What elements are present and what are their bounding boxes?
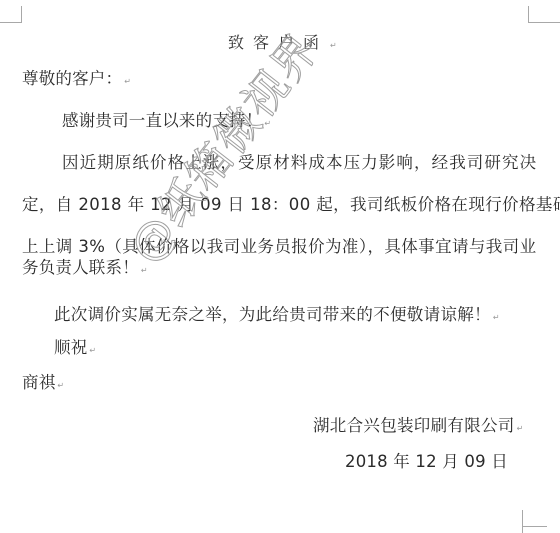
signature-company: 湖北合兴包装印刷有限公司↵ xyxy=(313,416,524,439)
paragraph-apology: 此次调价实属无奈之举，为此给贵司带来的不便敬请谅解！↵ xyxy=(54,305,500,328)
crop-mark-top-right xyxy=(528,6,560,23)
paragraph-body-line-4-text: 务负责人联系！ xyxy=(22,258,139,277)
salutation-text: 尊敬的客户： xyxy=(22,69,122,88)
paragraph-mark-icon: ↵ xyxy=(124,77,131,86)
closing-salutation: 商祺↵ xyxy=(22,373,64,396)
crop-mark-top-left xyxy=(0,6,22,23)
paragraph-mark-icon: ↵ xyxy=(517,424,524,433)
salutation: 尊敬的客户：↵ xyxy=(22,69,131,92)
document-title-text: 致客户函 xyxy=(228,33,328,52)
paragraph-body-line-1: 因近期原纸价格上涨，受原材料成本压力影响，经我司研究决 xyxy=(62,153,537,173)
paragraph-mark-icon: ↵ xyxy=(264,119,271,128)
paragraph-apology-text: 此次调价实属无奈之举，为此给贵司带来的不便敬请谅解！ xyxy=(54,305,491,324)
closing-regards-text: 顺祝 xyxy=(54,338,87,357)
paragraph-body-line-3: 上上调 3%（具体价格以我司业务员报价为准），具体事宜请与我司业 xyxy=(22,237,536,257)
watermark: @纸箱微视界 xyxy=(123,26,328,271)
letter-page: 致客户函↵ 尊敬的客户：↵ 感谢贵司一直以来的支持！↵ 因近期原纸价格上涨，受原… xyxy=(0,0,560,533)
document-title: 致客户函↵ xyxy=(228,33,346,56)
signature-company-text: 湖北合兴包装印刷有限公司 xyxy=(313,416,515,435)
closing-regards: 顺祝↵ xyxy=(54,338,96,361)
paragraph-body-line-4: 务负责人联系！↵ xyxy=(22,258,148,281)
paragraph-mark-icon: ↵ xyxy=(493,313,500,322)
paragraph-mark-icon: ↵ xyxy=(57,381,64,390)
paragraph-thanks: 感谢贵司一直以来的支持！↵ xyxy=(62,111,271,134)
paragraph-mark-icon: ↵ xyxy=(141,266,148,275)
paragraph-mark-icon: ↵ xyxy=(89,346,96,355)
signature-date: 2018 年 12 月 09 日 xyxy=(345,452,508,472)
crop-mark-bottom-right xyxy=(522,510,560,533)
paragraph-body-line-2: 定，自 2018 年 12 月 09 日 18：00 起，我司纸板价格在现行价格… xyxy=(22,195,560,215)
paragraph-thanks-text: 感谢贵司一直以来的支持！ xyxy=(62,111,262,130)
paragraph-mark-icon: ↵ xyxy=(330,41,346,50)
closing-salutation-text: 商祺 xyxy=(22,373,55,392)
